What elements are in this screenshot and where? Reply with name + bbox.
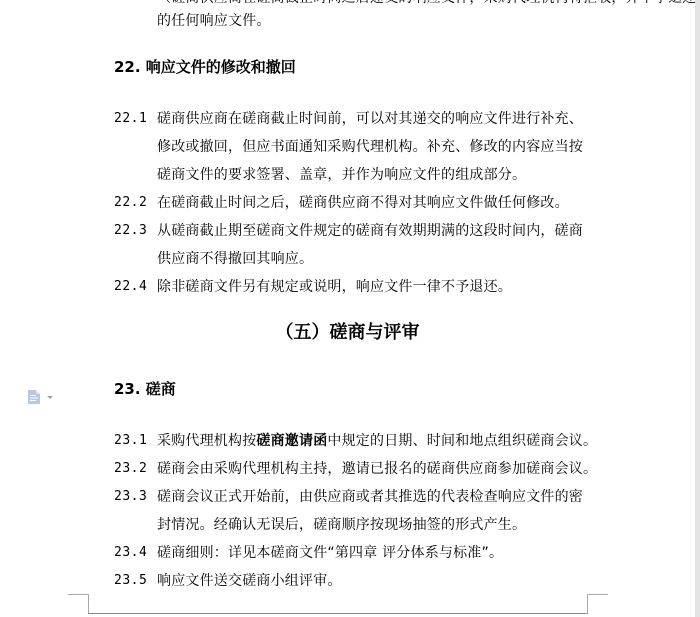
item-22-1-line-3: 磋商文件的要求签署、盖章，并作为响应文件的组成部分。 [157, 165, 526, 185]
corner-mark-bottom-right-h [587, 594, 608, 595]
section-23-heading: 23. 磋商 [114, 378, 176, 400]
item-number-23-4: 23.4 [114, 543, 147, 563]
chevron-down-icon[interactable] [47, 396, 53, 399]
item-number-23-3: 23.3 [114, 487, 147, 507]
item-22-1-line-2: 修改或撤回，但应书面通知采购代理机构。补充、修改的内容应当按 [157, 137, 583, 157]
item-number-22-1: 22.1 [114, 109, 147, 129]
item-number-23-1: 23.1 [114, 431, 147, 451]
partial-top-line: （磋商供应商在磋商截止时间之后递交的响应文件，采购代理机构将拒收，并不予退还逾期… [157, 0, 700, 8]
item-22-4-line-1: 除非磋商文件另有规定或说明，响应文件一律不予退还。 [157, 277, 512, 297]
corner-mark-bottom-left-v [88, 594, 89, 614]
item-22-3-line-2: 供应商不得撤回其响应。 [157, 249, 313, 269]
paragraph-continuation: 的任何响应文件。 [157, 11, 271, 31]
item-number-22-2: 22.2 [114, 193, 147, 213]
item-22-2-line-1: 在磋商截止时间之后，磋商供应商不得对其响应文件做任何修改。 [157, 193, 569, 213]
section-22-heading: 22. 响应文件的修改和撤回 [114, 56, 296, 78]
item-23-2-line-1: 磋商会由采购代理机构主持，邀请已报名的磋商供应商参加磋商会议。 [157, 459, 597, 479]
item-number-22-4: 22.4 [114, 277, 147, 297]
item-23-3-line-1: 磋商会议正式开始前，由供应商或者其推选的代表检查响应文件的密 [157, 487, 583, 507]
item-23-4-line-1: 磋商细则：详见本磋商文件“第四章 评分体系与标准”。 [157, 543, 503, 563]
document-page: （磋商供应商在磋商截止时间之后递交的响应文件，采购代理机构将拒收，并不予退还逾期… [0, 0, 695, 617]
corner-mark-bottom-left-h [68, 594, 88, 595]
item-number-22-3: 22.3 [114, 221, 147, 241]
item-23-1-line-1: 采购代理机构按磋商邀请函中规定的日期、时间和地点组织磋商会议。 [157, 431, 597, 451]
document-icon[interactable] [28, 390, 40, 404]
scrollbar-track[interactable] [695, 0, 700, 617]
item-23-1-text-bold: 磋商邀请函 [256, 433, 327, 449]
item-22-3-line-1: 从磋商截止期至磋商文件规定的磋商有效期期满的这段时间内，磋商 [157, 221, 583, 241]
item-23-3-line-2: 封情况。经确认无误后，磋商顺序按现场抽签的形式产生。 [157, 515, 526, 535]
chapter-title: （五）磋商与评审 [0, 321, 695, 345]
item-number-23-5: 23.5 [114, 571, 147, 591]
item-23-1-text-post: 中规定的日期、时间和地点组织磋商会议。 [327, 433, 597, 449]
item-number-23-2: 23.2 [114, 459, 147, 479]
item-23-1-text-pre: 采购代理机构按 [157, 433, 256, 449]
corner-mark-bottom-right-v [587, 594, 588, 614]
item-22-1-line-1: 磋商供应商在磋商截止时间前，可以对其递交的响应文件进行补充、 [157, 109, 583, 129]
page-bottom-border [88, 613, 588, 614]
item-23-5-line-1: 响应文件送交磋商小组评审。 [157, 571, 342, 591]
